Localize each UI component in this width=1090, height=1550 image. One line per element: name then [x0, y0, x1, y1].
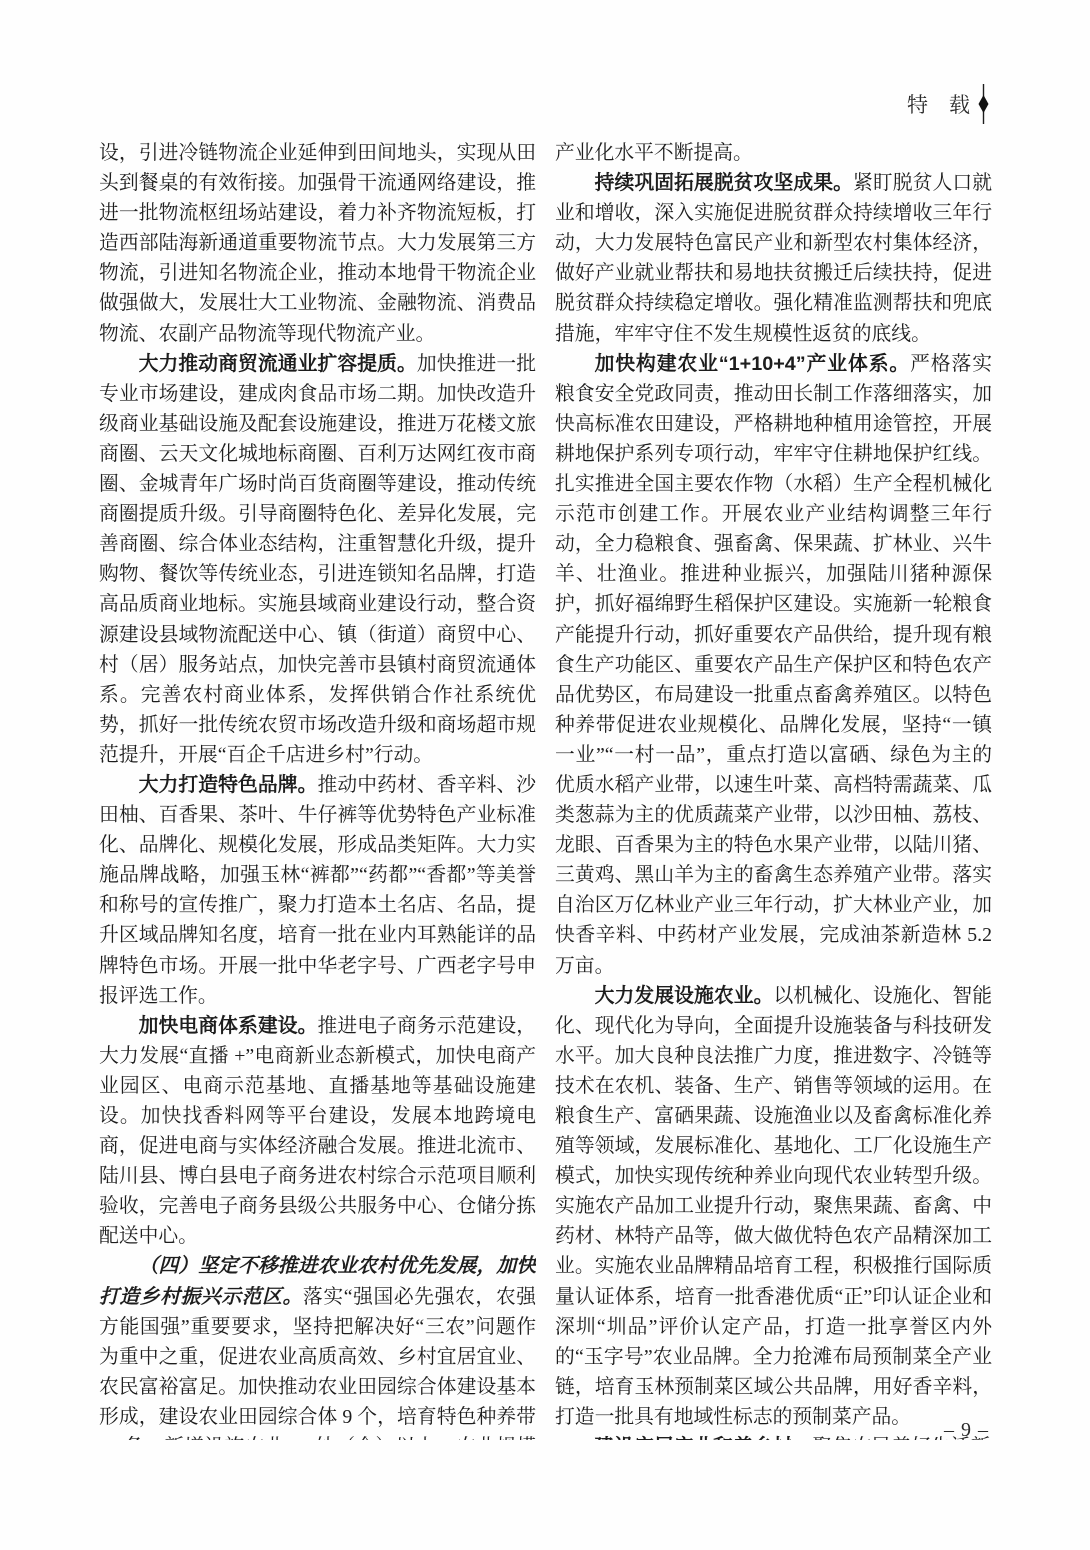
document-page: 特 载 设，引进冷链物流企业延伸到田间地头，实现从田头到餐桌的有效衔接。加强骨干…: [0, 0, 1090, 1550]
paragraph: 大力打造特色品牌。推动中药材、香辛料、沙田柚、百香果、茶叶、牛仔裤等优势特色产业…: [99, 770, 536, 1011]
right-column: 产业化水平不断提高。持续巩固拓展脱贫攻坚成果。紧盯脱贫人口就业和增收，深入实施促…: [555, 138, 992, 1440]
paragraph: 产业化水平不断提高。: [555, 138, 992, 168]
paragraph: （四）坚定不移推进农业农村优先发展，加快打造乡村振兴示范区。落实“强国必先强农，…: [99, 1251, 536, 1440]
paragraph: 大力发展设施农业。以机械化、设施化、智能化、现代化为导向，全面提升设施装备与科技…: [555, 981, 992, 1432]
paragraph: 大力推动商贸流通业扩容提质。加快推进一批专业市场建设，建成肉食品市场二期。加快改…: [99, 349, 536, 770]
paragraph-lead: 加快构建农业“1+10+4”产业体系。: [595, 353, 911, 375]
paragraph: 加快构建农业“1+10+4”产业体系。严格落实粮食安全党政同责，推动田长制工作落…: [555, 349, 992, 981]
paragraph-lead: 加快电商体系建设。: [139, 1015, 318, 1037]
page-number: – 9 –: [944, 1419, 989, 1442]
section-heading-lead: （四）坚定不移推进农业农村优先发展，加快打造乡村振兴示范区。: [99, 1255, 536, 1307]
paragraph-lead: 建设宜居宜业和美乡村。: [595, 1436, 813, 1440]
paragraph: 设，引进冷链物流企业延伸到田间地头，实现从田头到餐桌的有效衔接。加强骨干流通网络…: [99, 138, 536, 349]
paragraph-lead: 大力推动商贸流通业扩容提质。: [139, 353, 417, 375]
paragraph: 加快电商体系建设。推进电子商务示范建设，大力发展“直播 +”电商新业态新模式，加…: [99, 1011, 536, 1252]
left-column: 设，引进冷链物流企业延伸到田间地头，实现从田头到餐桌的有效衔接。加强骨干流通网络…: [99, 138, 536, 1440]
page-header: 特 载: [907, 84, 990, 124]
paragraph-lead: 大力发展设施农业。: [595, 985, 774, 1007]
diamond-ornament-icon: [977, 84, 990, 124]
two-column-content: 设，引进冷链物流企业延伸到田间地头，实现从田头到餐桌的有效衔接。加强骨干流通网络…: [99, 138, 992, 1440]
header-title: 特 载: [907, 89, 970, 119]
paragraph: 建设宜居宜业和美乡村。聚焦农民美好生活新: [555, 1432, 992, 1440]
paragraph-lead: 大力打造特色品牌。: [139, 774, 318, 796]
paragraph-lead: 持续巩固拓展脱贫攻坚成果。: [595, 172, 853, 194]
paragraph: 持续巩固拓展脱贫攻坚成果。紧盯脱贫人口就业和增收，深入实施促进脱贫群众持续增收三…: [555, 168, 992, 349]
